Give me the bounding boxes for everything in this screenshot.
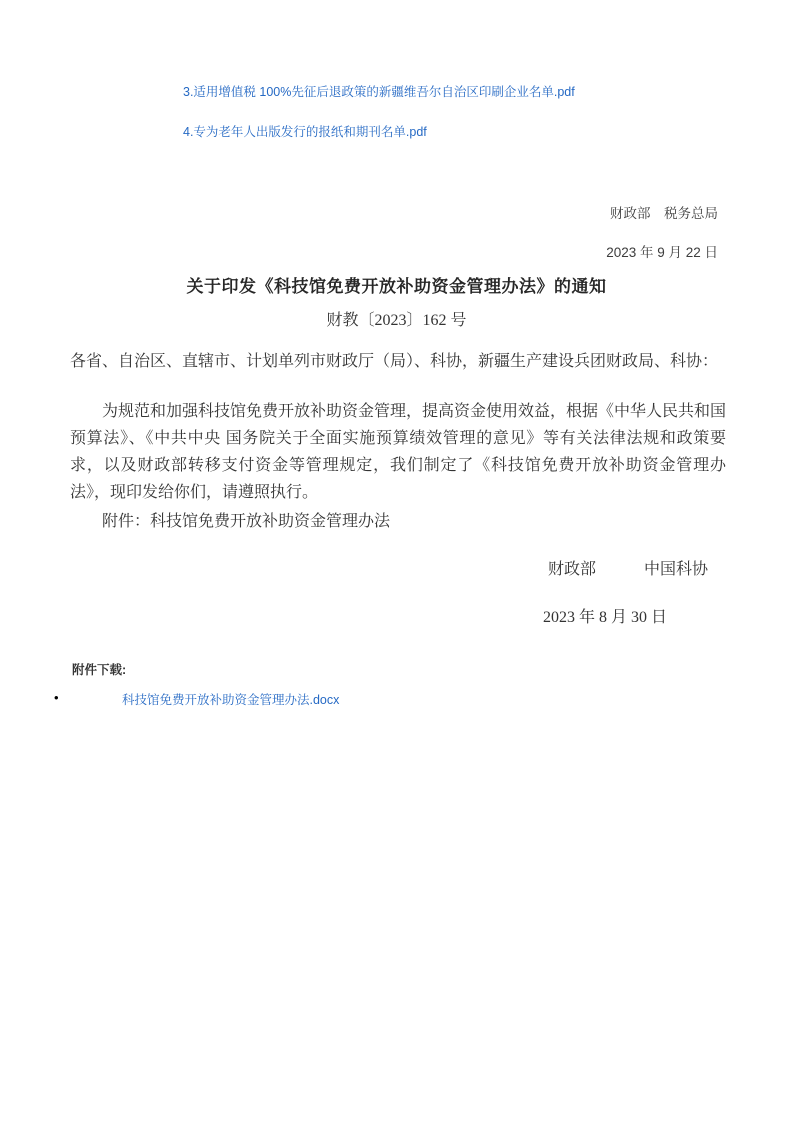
body-paragraph: 为规范和加强科技馆免费开放补助资金管理，提高资金使用效益，根据《中华人民共和国预… [70, 398, 726, 506]
doc-number: 财教〔2023〕162 号 [0, 307, 793, 330]
attachment-line: 附件：科技馆免费开放补助资金管理办法 [70, 508, 726, 535]
sign-date: 2023 年 8 月 30 日 [543, 604, 667, 631]
download-label: 附件下载: [72, 660, 126, 678]
pdf-link-3[interactable]: 3.适用增值税 100%先征后退政策的新疆维吾尔自治区印刷企业名单.pdf [183, 85, 575, 100]
notice-title: 关于印发《科技馆免费开放补助资金管理办法》的通知 [0, 272, 793, 297]
docx-attachment-link[interactable]: 科技馆免费开放补助资金管理办法.docx [122, 690, 339, 708]
issuer-line: 财政部 税务总局 [610, 202, 718, 222]
document-page: 3.适用增值税 100%先征后退政策的新疆维吾尔自治区印刷企业名单.pdf 4.… [0, 0, 793, 1122]
issue-date: 2023 年 9 月 22 日 [606, 241, 718, 261]
bullet-icon: • [54, 691, 59, 704]
signers: 财政部 中国科协 [548, 556, 708, 583]
salutation: 各省、自治区、直辖市、计划单列市财政厅（局）、科协，新疆生产建设兵团财政局、科协… [70, 348, 726, 375]
pdf-link-4[interactable]: 4.专为老年人出版发行的报纸和期刊名单.pdf [183, 125, 427, 140]
